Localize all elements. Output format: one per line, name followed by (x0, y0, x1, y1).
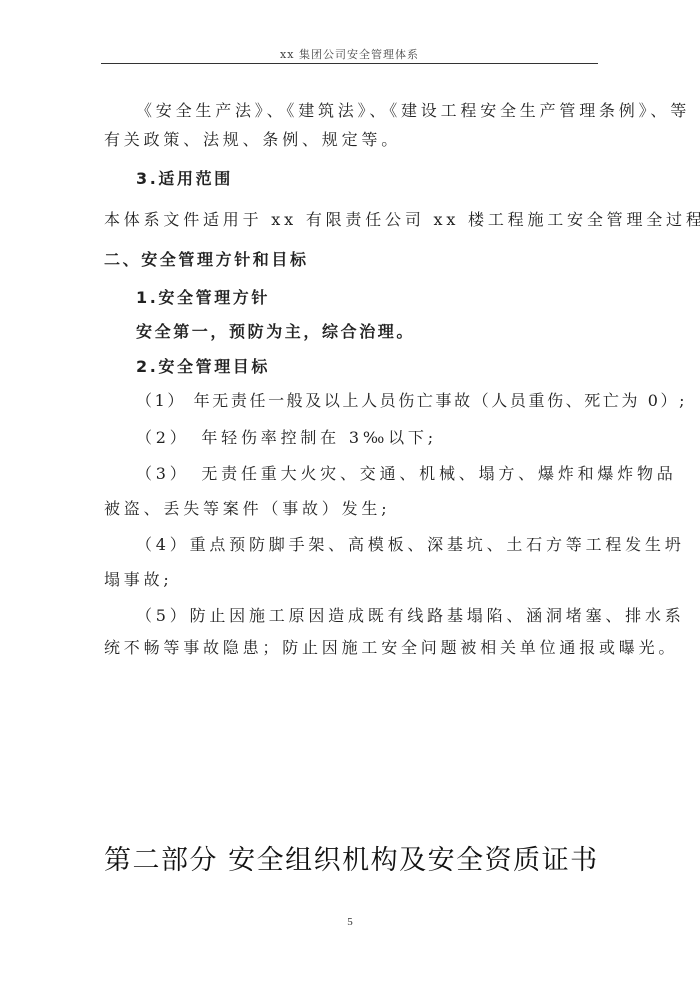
goal-item-3-line-2: 被盗、丢失等案件（事故）发生; (104, 499, 598, 519)
goal-item-3-line-1: （3） 无责任重大火灾、交通、机械、塌方、爆炸和爆炸物品 (136, 464, 598, 484)
goal-item-2: （2） 年轻伤率控制在 3‰以下; (136, 428, 598, 448)
section-heading-scope: 3.适用范围 (136, 169, 598, 189)
chapter-heading-policy-goals: 二、安全管理方针和目标 (104, 250, 598, 270)
goal-item-4-line-1: （4）重点预防脚手架、高模板、深基坑、土石方等工程发生坍 (136, 535, 598, 555)
page-number: 5 (0, 916, 700, 928)
goal-item-1: （1） 年无责任一般及以上人员伤亡事故（人员重伤、死亡为 0）; (136, 391, 598, 411)
subheading-safety-policy: 1.安全管理方针 (136, 288, 598, 308)
safety-policy-text: 安全第一，预防为主，综合治理。 (136, 322, 598, 342)
running-header: xx 集团公司安全管理体系 (101, 48, 598, 62)
paragraph-laws-line-2: 有关政策、法规、条例、规定等。 (104, 130, 598, 150)
header-divider (101, 63, 598, 64)
paragraph-laws-line-1: 《安全生产法》、《建筑法》、《建设工程安全生产管理条例》、等 (136, 101, 598, 121)
part-two-heading: 第二部分 安全组织机构及安全资质证书 (104, 845, 599, 877)
subheading-safety-goals: 2.安全管理目标 (136, 357, 598, 377)
document-page: xx 集团公司安全管理体系 《安全生产法》、《建筑法》、《建设工程安全生产管理条… (0, 0, 700, 990)
paragraph-scope: 本体系文件适用于 xx 有限责任公司 xx 楼工程施工安全管理全过程。 (104, 210, 598, 230)
goal-item-5-line-1: （5）防止因施工原因造成既有线路基塌陷、涵洞堵塞、排水系 (136, 606, 598, 626)
goal-item-5-line-2: 统不畅等事故隐患；防止因施工安全问题被相关单位通报或曝光。 (104, 638, 598, 658)
goal-item-4-line-2: 塌事故; (104, 570, 598, 590)
